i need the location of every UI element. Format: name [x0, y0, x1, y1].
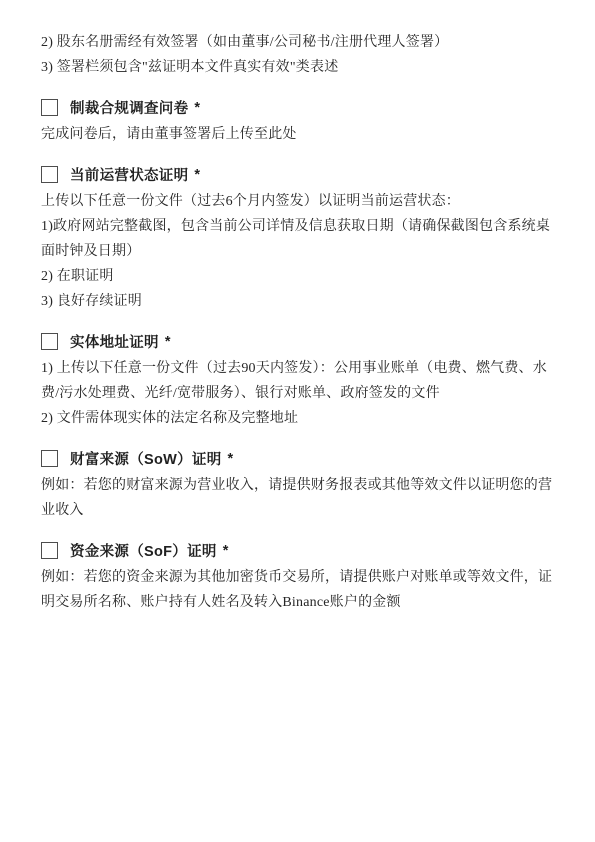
section-list-item: 3) 良好存续证明: [41, 289, 555, 314]
section-title: 资金来源（SoF）证明: [70, 540, 217, 561]
section-source-of-funds-proof: 资金来源（SoF）证明 * 例如：若您的资金来源为其他加密货币交易所，请提供账户…: [41, 537, 555, 615]
section-instruction: 完成问卷后，请由董事签署后上传至此处: [41, 122, 555, 147]
section-body: 例如：若您的资金来源为其他加密货币交易所，请提供账户对账单或等效文件，证明交易所…: [41, 565, 555, 615]
required-asterisk: *: [194, 167, 200, 183]
intro-line-signature-block-statement: 3) 签署栏须包含"兹证明本文件真实有效"类表述: [41, 55, 555, 80]
section-example-text: 例如：若您的财富来源为营业收入，请提供财务报表或其他等效文件以证明您的营业收入: [41, 473, 555, 523]
checkbox-sanctions-questionnaire[interactable]: [41, 99, 58, 116]
document-page: 2) 股东名册需经有效签署（如由董事/公司秘书/注册代理人签署） 3) 签署栏须…: [0, 0, 595, 842]
section-title: 当前运营状态证明: [70, 164, 188, 185]
section-title: 制裁合规调查问卷: [70, 97, 188, 118]
section-operational-status-proof: 当前运营状态证明 * 上传以下任意一份文件（过去6个月内签发）以证明当前运营状态…: [41, 161, 555, 314]
section-example-text: 例如：若您的资金来源为其他加密货币交易所，请提供账户对账单或等效文件，证明交易所…: [41, 565, 555, 615]
section-heading: 制裁合规调查问卷 *: [41, 94, 555, 121]
section-heading: 资金来源（SoF）证明 *: [41, 537, 555, 564]
section-list-item: 2) 文件需体现实体的法定名称及完整地址: [41, 406, 555, 431]
section-list-item: 1)政府网站完整截图，包含当前公司详情及信息获取日期（请确保截图包含系统桌面时钟…: [41, 214, 555, 264]
required-asterisk: *: [194, 100, 200, 116]
section-list-item: 1) 上传以下任意一份文件（过去90天内签发）：公用事业账单（电费、燃气费、水费…: [41, 356, 555, 406]
required-asterisk: *: [165, 334, 171, 350]
checkbox-source-of-wealth-proof[interactable]: [41, 450, 58, 467]
checkbox-operational-status-proof[interactable]: [41, 166, 58, 183]
required-asterisk: *: [223, 543, 229, 559]
section-source-of-wealth-proof: 财富来源（SoW）证明 * 例如：若您的财富来源为营业收入，请提供财务报表或其他…: [41, 445, 555, 523]
section-body: 完成问卷后，请由董事签署后上传至此处: [41, 122, 555, 147]
section-heading: 财富来源（SoW）证明 *: [41, 445, 555, 472]
checkbox-entity-address-proof[interactable]: [41, 333, 58, 350]
checkbox-source-of-funds-proof[interactable]: [41, 542, 58, 559]
section-heading: 当前运营状态证明 *: [41, 161, 555, 188]
intro-line-shareholder-register-signing: 2) 股东名册需经有效签署（如由董事/公司秘书/注册代理人签署）: [41, 30, 555, 55]
section-entity-address-proof: 实体地址证明 * 1) 上传以下任意一份文件（过去90天内签发）：公用事业账单（…: [41, 328, 555, 431]
section-list-item: 2) 在职证明: [41, 264, 555, 289]
section-title: 实体地址证明: [70, 331, 159, 352]
section-body: 例如：若您的财富来源为营业收入，请提供财务报表或其他等效文件以证明您的营业收入: [41, 473, 555, 523]
section-sanctions-questionnaire: 制裁合规调查问卷 * 完成问卷后，请由董事签署后上传至此处: [41, 94, 555, 147]
section-heading: 实体地址证明 *: [41, 328, 555, 355]
required-asterisk: *: [228, 451, 234, 467]
section-body: 1) 上传以下任意一份文件（过去90天内签发）：公用事业账单（电费、燃气费、水费…: [41, 356, 555, 431]
section-body: 上传以下任意一份文件（过去6个月内签发）以证明当前运营状态： 1)政府网站完整截…: [41, 189, 555, 314]
section-instruction: 上传以下任意一份文件（过去6个月内签发）以证明当前运营状态：: [41, 189, 555, 214]
section-title: 财富来源（SoW）证明: [70, 448, 222, 469]
